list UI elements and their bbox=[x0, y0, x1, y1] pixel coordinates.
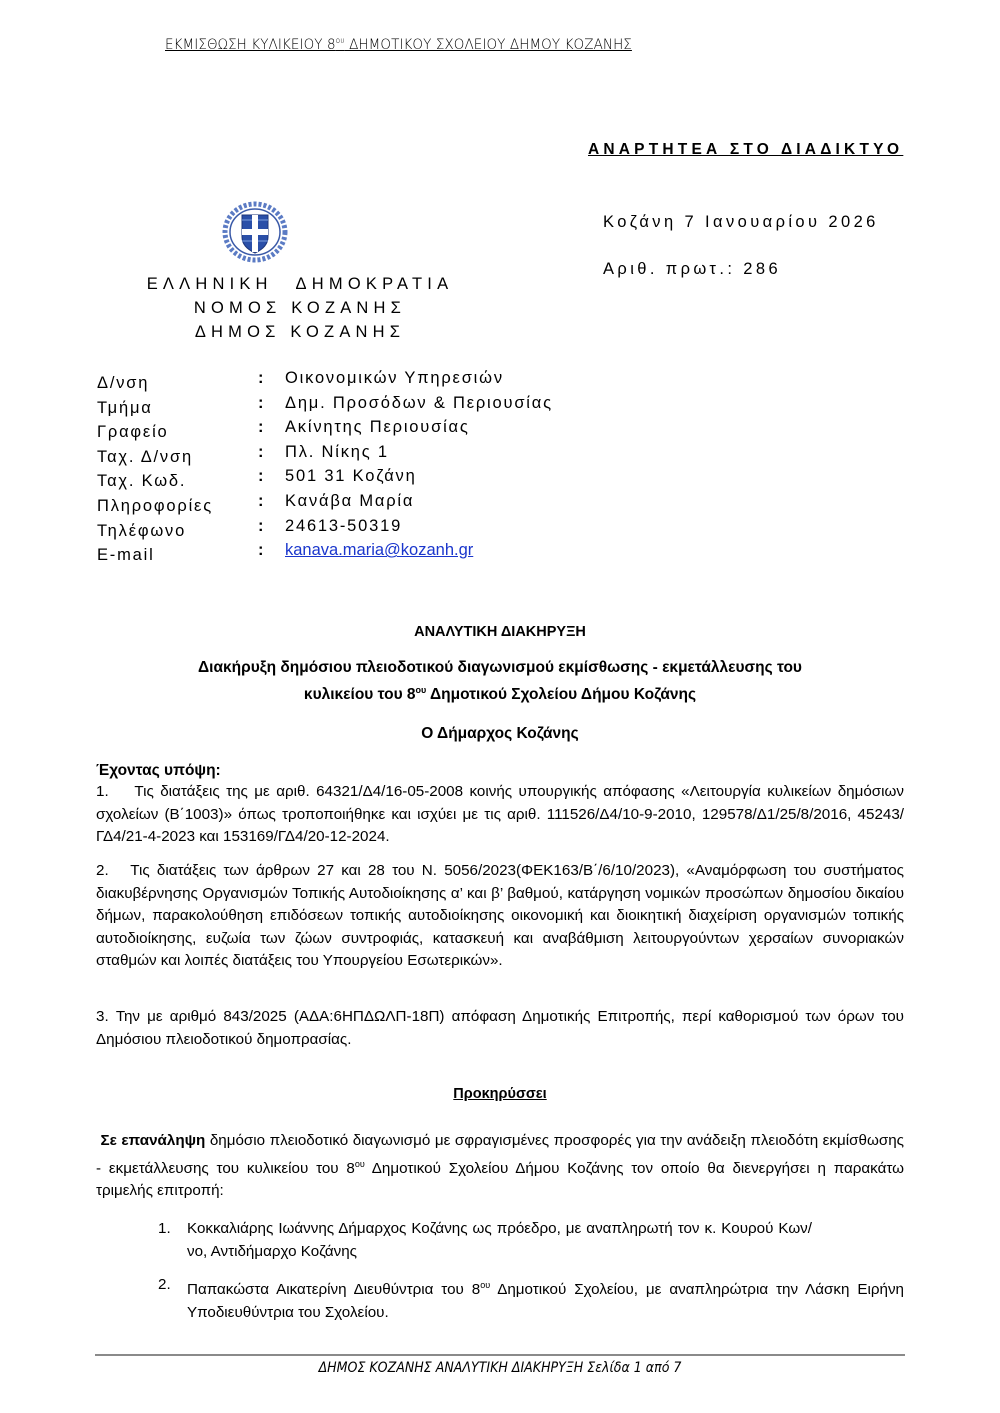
running-header-sup: ου bbox=[336, 36, 345, 45]
contact-label: Δ/νση bbox=[97, 371, 258, 396]
consideration-item: 2. Τις διατάξεις των άρθρων 27 και 28 το… bbox=[96, 860, 904, 973]
committee-member: 2.Παπακώστα Αικατερίνη Διευθύντρια του 8… bbox=[158, 1274, 904, 1324]
contact-sep: : bbox=[258, 514, 285, 539]
member-sup: ου bbox=[480, 1280, 490, 1290]
contact-row-department: Δ/νση:Οικονομικών Υπηρεσιών bbox=[97, 366, 553, 391]
mayor-heading: Ο Δήμαρχος Κοζάνης bbox=[95, 725, 905, 743]
member-number: 2. bbox=[158, 1274, 187, 1324]
contact-sep: : bbox=[258, 489, 285, 514]
item-number: 3. bbox=[96, 1008, 109, 1025]
issuer-block: ΕΛΛΗΝΙΚΗ ΔΗΜΟΚΡΑΤΙΑ ΝΟΜΟΣ ΚΟΖΑΝΗΣ ΔΗΜΟΣ … bbox=[120, 272, 480, 344]
contact-sep: : bbox=[258, 366, 285, 391]
contact-value: Δημ. Προσόδων & Περιουσίας bbox=[285, 391, 553, 416]
item-text: Τις διατάξεις της με αριθ. 64321/Δ4/16-0… bbox=[96, 783, 904, 845]
item-number: 2. bbox=[96, 862, 109, 879]
contact-label: Τηλέφωνο bbox=[97, 519, 258, 544]
footer-divider bbox=[95, 1354, 905, 1356]
contact-sep: : bbox=[258, 440, 285, 465]
subtitle-sup: ου bbox=[416, 685, 427, 695]
announcement-lead: Σε επανάληψη bbox=[101, 1132, 206, 1149]
member-text-main: Κοκκαλιάρης Ιωάννης Δήμαρχος Κοζάνης ως … bbox=[187, 1220, 812, 1260]
proclaims-heading: Προκηρύσσει bbox=[95, 1086, 905, 1102]
consideration-item: 3. Την με αριθμό 843/2025 (ΑΔΑ:6ΗΠΔΩΛΠ-1… bbox=[96, 1006, 904, 1051]
item-number: 1. bbox=[96, 783, 109, 800]
issuer-prefecture: ΝΟΜΟΣ ΚΟΖΑΝΗΣ bbox=[120, 296, 480, 320]
issuer-municipality: ΔΗΜΟΣ ΚΟΖΑΝΗΣ bbox=[120, 320, 480, 344]
page-footer: ΔΗΜΟΣ ΚΟΖΑΝΗΣ ΑΝΑΛΥΤΙΚΗ ΔΙΑΚΗΡΥΞΗ Σελίδα… bbox=[136, 1360, 865, 1376]
announcement-sup: ου bbox=[355, 1159, 365, 1169]
protocol-number: Αριθ. πρωτ.: 286 bbox=[603, 260, 781, 279]
running-header: ΕΚΜΙΣΘΩΣΗ ΚΥΛΙΚΕΙΟΥ 8ου ΔΗΜΟΤΙΚΟΥ ΣΧΟΛΕΙ… bbox=[165, 36, 632, 53]
email-link[interactable]: kanava.maria@kozanh.gr bbox=[285, 538, 473, 563]
contact-value: Κανάβα Μαρία bbox=[285, 489, 414, 514]
contact-value: 24613-50319 bbox=[285, 514, 402, 539]
greek-coat-of-arms-icon bbox=[222, 201, 288, 263]
contact-info: Δ/νση:Οικονομικών Υπηρεσιών Τμήμα:Δημ. Π… bbox=[97, 366, 553, 563]
contact-value: Ακίνητης Περιουσίας bbox=[285, 415, 470, 440]
subtitle-text: κυλικείου του 8 bbox=[304, 686, 416, 703]
post-notice: ΑΝΑΡΤΗΤΕΑ ΣΤΟ ΔΙΑΔΙΚΤΥΟ bbox=[588, 141, 903, 159]
running-header-text-end: ΔΗΜΟΤΙΚΟΥ ΣΧΟΛΕΙΟΥ ΔΗΜΟΥ ΚΟΖΑΝΗΣ bbox=[345, 37, 632, 53]
contact-label: Γραφείο bbox=[97, 420, 258, 445]
document-subtitle: Διακήρυξη δημόσιου πλειοδοτικού διαγωνισ… bbox=[95, 657, 905, 706]
consideration-item: 1. Τις διατάξεις της με αριθ. 64321/Δ4/1… bbox=[96, 781, 904, 849]
contact-value: Πλ. Νίκης 1 bbox=[285, 440, 389, 465]
contact-label: Ταχ. Δ/νση bbox=[97, 445, 258, 470]
contact-value: 501 31 Κοζάνη bbox=[285, 464, 417, 489]
subtitle-text-end: Δημοτικού Σχολείου Δήμου Κοζάνης bbox=[426, 686, 696, 703]
announcement-paragraph: Σε επανάληψη δημόσιο πλειοδοτικό διαγωνι… bbox=[96, 1130, 904, 1203]
document-date: Κοζάνη 7 Ιανουαρίου 2026 bbox=[603, 213, 879, 232]
contact-sep: : bbox=[258, 391, 285, 416]
considering-heading: Έχοντας υπόψη: bbox=[96, 762, 221, 780]
contact-label: Τμήμα bbox=[97, 396, 258, 421]
running-header-text: ΕΚΜΙΣΘΩΣΗ ΚΥΛΙΚΕΙΟΥ 8 bbox=[165, 37, 336, 53]
contact-sep: : bbox=[258, 415, 285, 440]
contact-label: E-mail bbox=[97, 543, 258, 568]
contact-label: Ταχ. Κωδ. bbox=[97, 469, 258, 494]
member-text-main: Παπακώστα Αικατερίνη Διευθύντρια του 8 bbox=[187, 1281, 480, 1298]
contact-sep: : bbox=[258, 538, 285, 563]
contact-sep: : bbox=[258, 464, 285, 489]
item-text: Την με αριθμό 843/2025 (ΑΔΑ:6ΗΠΔΩΛΠ-18Π)… bbox=[96, 1008, 904, 1048]
subtitle-line-1: Διακήρυξη δημόσιου πλειοδοτικού διαγωνισ… bbox=[95, 657, 905, 679]
member-text: Παπακώστα Αικατερίνη Διευθύντρια του 8ου… bbox=[187, 1274, 904, 1324]
contact-label: Πληροφορίες bbox=[97, 494, 258, 519]
item-text: Τις διατάξεις των άρθρων 27 και 28 του Ν… bbox=[96, 862, 904, 969]
issuer-country: ΕΛΛΗΝΙΚΗ ΔΗΜΟΚΡΑΤΙΑ bbox=[120, 272, 480, 296]
contact-value: Οικονομικών Υπηρεσιών bbox=[285, 366, 504, 391]
member-text: Κοκκαλιάρης Ιωάννης Δήμαρχος Κοζάνης ως … bbox=[187, 1218, 812, 1263]
committee-member: 1.Κοκκαλιάρης Ιωάννης Δήμαρχος Κοζάνης ω… bbox=[158, 1218, 904, 1263]
subtitle-line-2: κυλικείου του 8ου Δημοτικού Σχολείου Δήμ… bbox=[95, 679, 905, 706]
document-title: ΑΝΑΛΥΤΙΚΗ ΔΙΑΚΗΡΥΞΗ bbox=[95, 624, 905, 640]
member-number: 1. bbox=[158, 1218, 187, 1263]
